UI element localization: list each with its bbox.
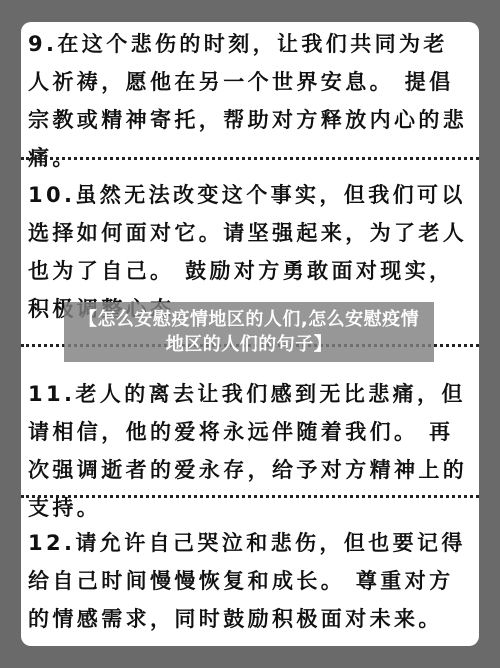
- item-12: 12.请允许自己哭泣和悲伤，但也要记得给自己时间慢慢恢复和成长。 尊重对方的情感…: [28, 524, 471, 638]
- title-overlay-banner: 【怎么安慰疫情地区的人们,怎么安慰疫情地区的人们的句子】: [64, 302, 434, 362]
- item-12-text: 12.请允许自己哭泣和悲伤，但也要记得给自己时间慢慢恢复和成长。 尊重对方的情感…: [28, 524, 471, 638]
- overlay-title: 【怎么安慰疫情地区的人们,怎么安慰疫情地区的人们的句子】: [64, 307, 434, 357]
- dotted-divider: [21, 157, 479, 160]
- item-11-text: 11.老人的离去让我们感到无比悲痛，但请相信，他的爱将永远伴随着我们。 再次强调…: [28, 375, 471, 527]
- item-11: 11.老人的离去让我们感到无比悲痛，但请相信，他的爱将永远伴随着我们。 再次强调…: [28, 375, 471, 527]
- dotted-divider: [21, 495, 479, 498]
- item-9-text: 9.在这个悲伤的时刻，让我们共同为老人祈祷，愿他在另一个世界安息。 提倡宗教或精…: [28, 25, 471, 177]
- item-9: 9.在这个悲伤的时刻，让我们共同为老人祈祷，愿他在另一个世界安息。 提倡宗教或精…: [28, 25, 471, 177]
